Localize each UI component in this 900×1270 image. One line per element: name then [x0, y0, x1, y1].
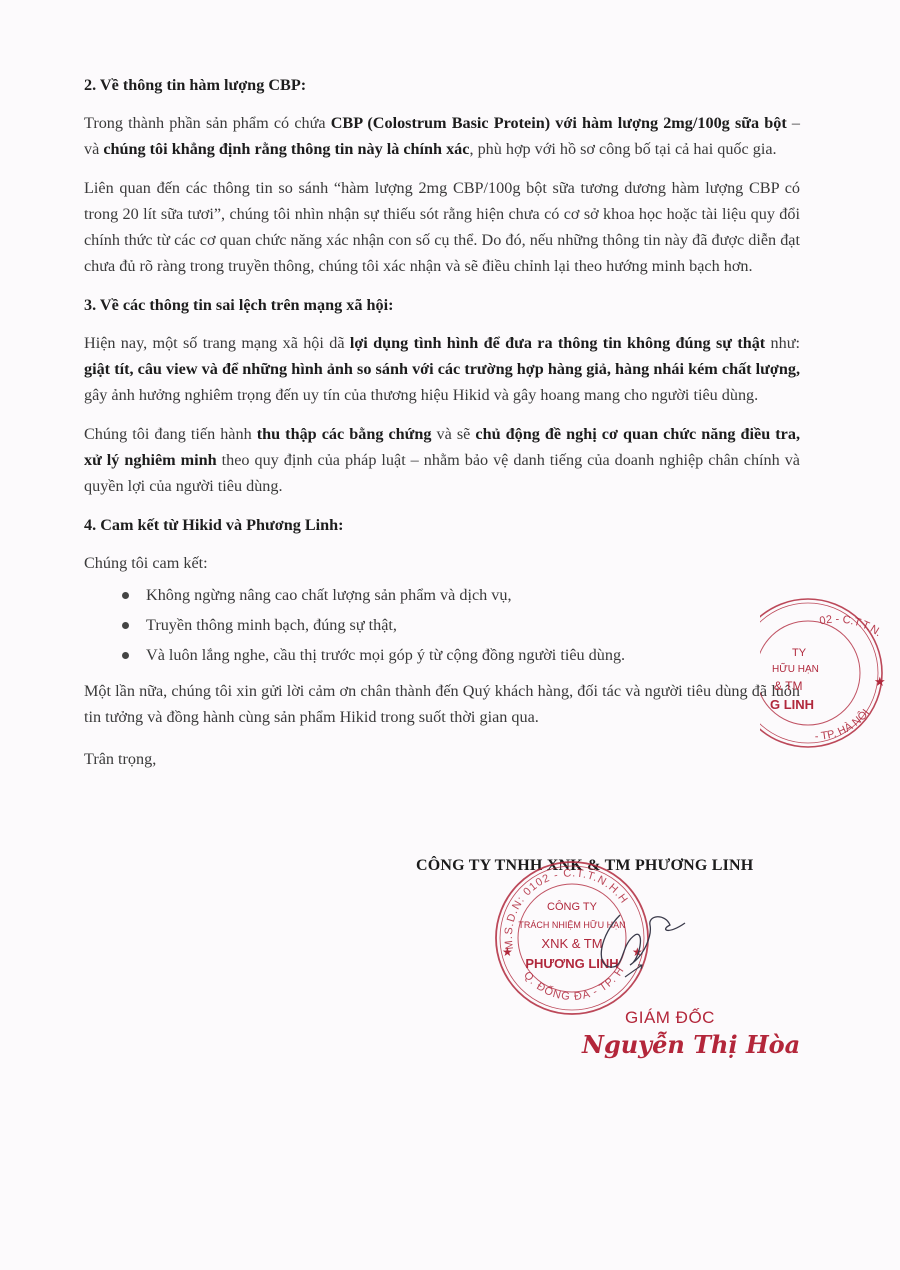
partial-company-stamp: 02 - C.T.T.N.H.H - TP. HÀ NỘI TY HỮU HẠN…	[760, 598, 900, 753]
section-3-heading: 3. Về các thông tin sai lệch trên mạng x…	[84, 292, 800, 318]
list-item: Không ngừng nâng cao chất lượng sản phẩm…	[122, 582, 800, 608]
signer-title: GIÁM ĐỐC	[625, 1008, 715, 1028]
list-item: Và luôn lắng nghe, cầu thị trước mọi góp…	[122, 642, 800, 668]
svg-text:★: ★	[502, 945, 513, 959]
signature	[590, 905, 690, 990]
svg-text:G LINH: G LINH	[770, 697, 814, 712]
regards: Trân trọng,	[84, 746, 800, 772]
list-item: Truyền thông minh bạch, đúng sự thật,	[122, 612, 800, 638]
section-3-paragraph-1: Hiện nay, một số trang mạng xã hội dã lợ…	[84, 330, 800, 408]
svg-text:★: ★	[874, 674, 886, 689]
section-2-heading: 2. Về thông tin hàm lượng CBP:	[84, 72, 800, 98]
section-4-heading: 4. Cam kết từ Hikid và Phương Linh:	[84, 512, 800, 538]
section-3-paragraph-2: Chúng tôi đang tiến hành thu thập các bằ…	[84, 421, 800, 499]
bullet-icon	[122, 652, 129, 659]
document-page: 2. Về thông tin hàm lượng CBP: Trong thà…	[0, 0, 900, 1270]
svg-text:TY: TY	[792, 647, 807, 659]
bullet-icon	[122, 622, 129, 629]
letter-body: 2. Về thông tin hàm lượng CBP: Trong thà…	[84, 72, 800, 785]
signer-name: Nguyễn Thị Hòa	[582, 1030, 800, 1059]
section-2-paragraph-2: Liên quan đến các thông tin so sánh “hàm…	[84, 175, 800, 279]
svg-text:& TM: & TM	[774, 679, 802, 693]
commitment-intro: Chúng tôi cam kết:	[84, 550, 800, 576]
commitment-list: Không ngừng nâng cao chất lượng sản phẩm…	[84, 582, 800, 668]
bullet-icon	[122, 592, 129, 599]
section-2-paragraph-1: Trong thành phần sản phẩm có chứa CBP (C…	[84, 110, 800, 162]
svg-text:HỮU HẠN: HỮU HẠN	[772, 662, 819, 675]
closing-paragraph: Một lần nữa, chúng tôi xin gửi lời cảm ơ…	[84, 678, 800, 730]
